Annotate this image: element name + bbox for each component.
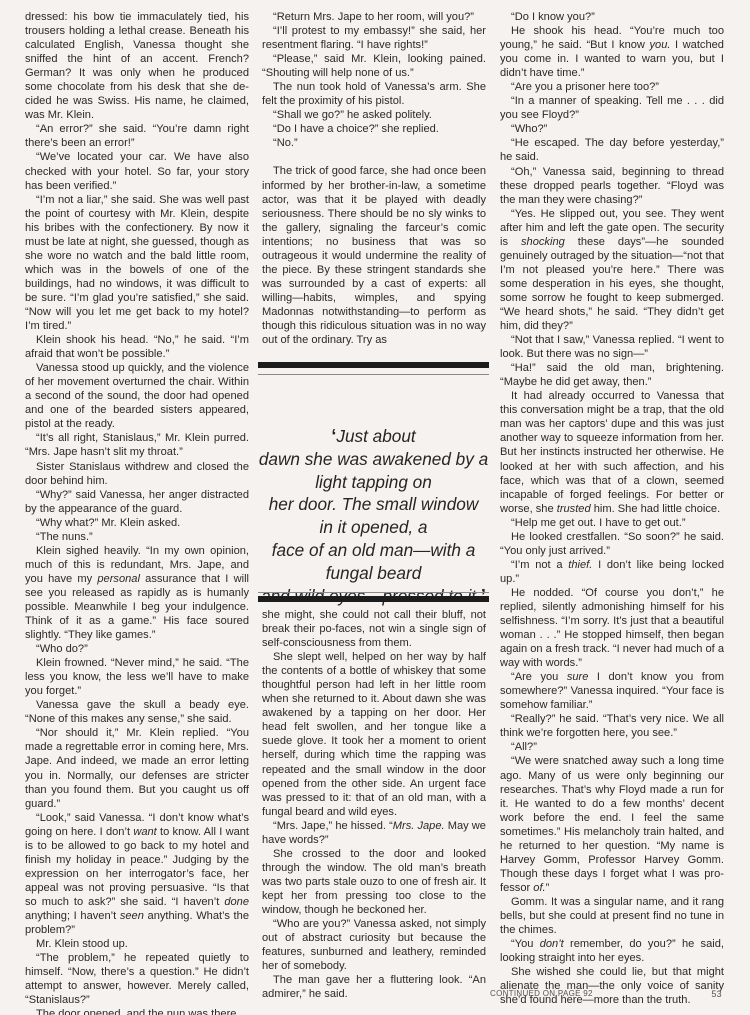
paragraph: The trick of good farce, she had once be… bbox=[262, 164, 486, 347]
paragraph: “Return Mrs. Jape to her room, will you?… bbox=[262, 10, 486, 24]
paragraph: “Do I have a choice?” she replied. bbox=[262, 122, 486, 136]
emphasis: trusted bbox=[557, 503, 591, 515]
text: “Mrs. Jape,” he hissed. “ bbox=[273, 820, 393, 832]
divider bbox=[258, 362, 489, 368]
paragraph: “In a manner of speaking. Tell me . . . … bbox=[500, 94, 724, 122]
paragraph: “Oh,” Vanessa said, beginning to thread … bbox=[500, 165, 724, 207]
pullquote-line: her door. The small window bbox=[258, 493, 489, 516]
paragraph: She slept well, helped on her way by hal… bbox=[262, 650, 486, 819]
text: It had already occurred to Vanessa that … bbox=[500, 390, 724, 514]
paragraph: “No.” bbox=[262, 136, 486, 150]
pullquote-line: face of an old man—with a bbox=[258, 539, 489, 562]
emphasis: of. bbox=[533, 882, 545, 894]
paragraph: “It’s all right, Stanislaus,” Mr. Klein … bbox=[25, 431, 249, 459]
emphasis: done bbox=[224, 896, 249, 908]
pullquote-line: fungal beard bbox=[258, 562, 489, 585]
paragraph: “We were snatched away such a long time … bbox=[500, 754, 724, 894]
paragraph: “I’m not a thief. I don’t like being loc… bbox=[500, 558, 724, 586]
continued-on-label: CONTINUED ON PAGE 92 bbox=[490, 989, 593, 998]
paragraph: “I’ll protest to my embassy!” she said, … bbox=[262, 24, 486, 52]
paragraph: “Not that I saw,” Vanessa replied. “I we… bbox=[500, 333, 724, 361]
paragraph: “Ha!” said the old man, brightening. “Ma… bbox=[500, 361, 724, 389]
emphasis: thief. bbox=[568, 559, 592, 571]
pullquote-line: dawn she was awakened by a bbox=[258, 448, 489, 471]
text: him. She had little choice. bbox=[591, 503, 721, 515]
divider bbox=[258, 596, 489, 602]
paragraph: Vanessa gave the skull a beady eye. “Non… bbox=[25, 698, 249, 726]
divider bbox=[258, 592, 489, 593]
paragraph: “Shall we go?” he asked politely. bbox=[262, 108, 486, 122]
paragraph: It had already occurred to Vanessa that … bbox=[500, 389, 724, 515]
paragraph: He nodded. “Of course you don’t,” he rep… bbox=[500, 586, 724, 670]
paragraph: Sister Stanislaus withdrew and closed th… bbox=[25, 460, 249, 488]
emphasis: you. bbox=[649, 39, 670, 51]
paragraph: “Are you a prisoner here too?” bbox=[500, 80, 724, 94]
paragraph: Klein sighed heavily. “In my own opinion… bbox=[25, 544, 249, 642]
paragraph: “Yes. He slipped out, you see. They went… bbox=[500, 207, 724, 333]
text: “I’m not a bbox=[511, 559, 568, 571]
paragraph: dressed: his bow tie immaculately tied, … bbox=[25, 10, 249, 122]
pullquote: ‘Just about dawn she was awakened by a l… bbox=[258, 425, 489, 607]
pullquote-line: ‘Just about bbox=[258, 425, 489, 448]
paragraph: She crossed to the door and looked throu… bbox=[262, 847, 486, 917]
paragraph: “Help me get out. I have to get out.” bbox=[500, 516, 724, 530]
paragraph: “Mrs. Jape,” he hissed. “Mrs. Jape. May … bbox=[262, 819, 486, 847]
paragraph: She wished she could lie, but that might… bbox=[500, 965, 724, 1007]
paragraph: “Nor should it,” Mr. Klein replied. “You… bbox=[25, 726, 249, 810]
paragraph: Klein frowned. “Never mind,” he said. “T… bbox=[25, 656, 249, 698]
pullquote-top-rule bbox=[258, 362, 489, 375]
text: these days”—he sounded genuinely outrage… bbox=[500, 236, 724, 332]
paragraph: Mr. Klein stood up. bbox=[25, 937, 249, 951]
emphasis: don’t bbox=[540, 938, 564, 950]
pullquote-line: light tapping on bbox=[258, 471, 489, 494]
article-column-2-continued: she might, she could not call their bluf… bbox=[262, 608, 486, 1001]
text: “Are you bbox=[511, 671, 567, 683]
paragraph: “The problem,” he repeated quietly to hi… bbox=[25, 951, 249, 1007]
page-number: 53 bbox=[711, 989, 722, 999]
paragraph: Vanessa stood up quickly, and the vio­le… bbox=[25, 361, 249, 431]
text: “We were snatched away such a long time … bbox=[500, 755, 724, 893]
paragraph: “I’m not a liar,” she said. She was well… bbox=[25, 193, 249, 333]
paragraph: “Why?” said Vanessa, her anger dis­tract… bbox=[25, 488, 249, 516]
text: anything; I haven’t bbox=[25, 910, 120, 922]
emphasis: want bbox=[133, 826, 156, 838]
emphasis: sure bbox=[567, 671, 589, 683]
paragraph: “Who are you?” Vanessa asked, not sim­pl… bbox=[262, 917, 486, 973]
article-column-3: “Do I know you?” He shook his head. “You… bbox=[500, 10, 724, 1007]
paragraph: He shook his head. “You’re much too youn… bbox=[500, 24, 724, 80]
paragraph: The door opened, and the nun was there. bbox=[25, 1007, 249, 1015]
pullquote-line: in it opened, a bbox=[258, 516, 489, 539]
paragraph: “Who?” bbox=[500, 122, 724, 136]
paragraph: “Who do?” bbox=[25, 642, 249, 656]
paragraph: “Do I know you?” bbox=[500, 10, 724, 24]
paragraph: “Why what?” Mr. Klein asked. bbox=[25, 516, 249, 530]
text: ” bbox=[546, 882, 550, 894]
emphasis: personal bbox=[97, 573, 140, 585]
paragraph: she might, she could not call their bluf… bbox=[262, 608, 486, 650]
text: Just about bbox=[336, 426, 415, 446]
divider bbox=[258, 374, 489, 375]
paragraph: Klein shook his head. “No,” he said. “I’… bbox=[25, 333, 249, 361]
paragraph: “Really?” he said. “That’s very nice. We… bbox=[500, 712, 724, 740]
paragraph: The nun took hold of Vanessa’s arm. She … bbox=[262, 80, 486, 108]
paragraph: “All?” bbox=[500, 740, 724, 754]
paragraph: He looked crestfallen. “So soon?” he sai… bbox=[500, 530, 724, 558]
paragraph: “You don’t remember, do you?” he said, l… bbox=[500, 937, 724, 965]
pullquote-bottom-rule bbox=[258, 592, 489, 602]
emphasis: seen bbox=[120, 910, 144, 922]
paragraph: Gomm. It was a singular name, and it ran… bbox=[500, 895, 724, 937]
article-column-2: “Return Mrs. Jape to her room, will you?… bbox=[262, 10, 486, 347]
emphasis: Mrs. Jape. bbox=[393, 820, 445, 832]
paragraph: “Please,” said Mr. Klein, looking pained… bbox=[262, 52, 486, 80]
paragraph: “He escaped. The day before yester­day,”… bbox=[500, 136, 724, 164]
paragraph: The man gave her a fluttering look. “An … bbox=[262, 973, 486, 1001]
text: to know. All I want is to be allowed to … bbox=[25, 826, 249, 908]
paragraph: “Look,” said Vanessa. “I don’t know what… bbox=[25, 811, 249, 937]
article-column-1: dressed: his bow tie immaculately tied, … bbox=[25, 10, 249, 1015]
paragraph: “An error?” she said. “You’re damn right… bbox=[25, 122, 249, 150]
emphasis: shocking bbox=[521, 236, 565, 248]
text: “You bbox=[511, 938, 540, 950]
paragraph: “Are you sure I don’t know you from some… bbox=[500, 670, 724, 712]
paragraph: “We’ve located your car. We have also ch… bbox=[25, 150, 249, 192]
paragraph: “The nuns.” bbox=[25, 530, 249, 544]
